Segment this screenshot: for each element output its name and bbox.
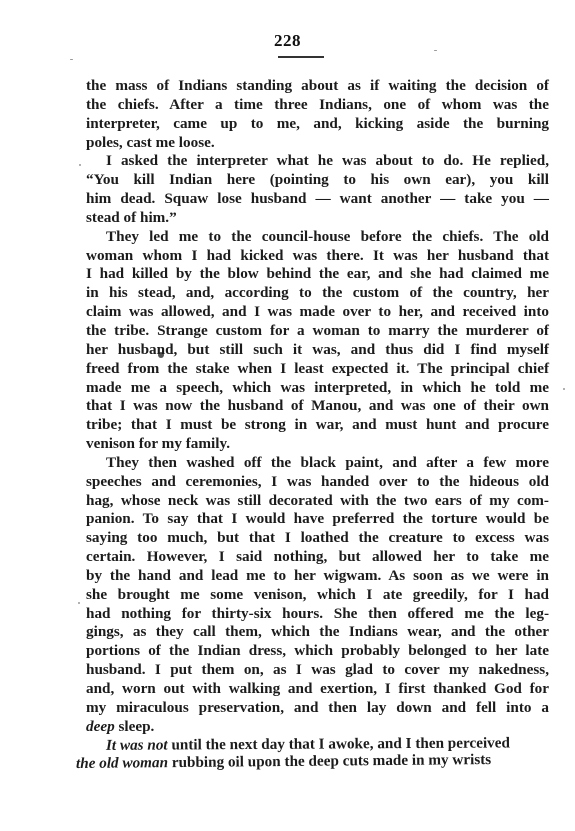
text-line: I asked the interpreter what he was abou…	[86, 152, 549, 171]
text-fragment: until the next day that I awoke, and I t…	[168, 734, 510, 753]
scan-speck	[70, 59, 73, 60]
text-line: saying too much, but that I loathed the …	[86, 529, 549, 548]
text-fragment: sleep.	[115, 718, 155, 735]
text-line: freed from the stake when I least expect…	[86, 360, 549, 379]
text-line: venison for my family.	[86, 435, 549, 454]
text-line: and, worn out with walking and exertion,…	[86, 680, 549, 699]
scan-speck	[434, 50, 437, 51]
scan-speck	[78, 602, 80, 604]
text-line: claim was allowed, and I was made over t…	[86, 303, 549, 322]
text-line: the tribe. Strange custom for a woman to…	[86, 322, 549, 341]
text-line: “You kill Indian here (pointing to his o…	[86, 171, 549, 190]
text-line: interpreter, came up to me, and, kicking…	[86, 115, 549, 134]
page-number: 228	[0, 31, 575, 51]
text-line: They led me to the council-house before …	[86, 228, 549, 247]
text-line: speeches and ceremonies, I was handed ov…	[86, 473, 549, 492]
paragraph: I asked the interpreter what he was abou…	[86, 152, 549, 227]
text-line: my miraculous preservation, and then lay…	[86, 699, 549, 718]
scan-speck	[563, 388, 565, 390]
text-line: portions of the Indian dress, which prob…	[86, 642, 549, 661]
scan-speck	[79, 164, 81, 166]
text-line: the mass of Indians standing about as if…	[86, 77, 549, 96]
paragraph: They led me to the council-house before …	[86, 228, 549, 454]
text-line: husband. I put them on, as I was glad to…	[86, 661, 549, 680]
text-line: him dead. Squaw lose husband — want anot…	[86, 190, 549, 209]
book-page: 228 the mass of Indians standing about a…	[0, 0, 575, 831]
text-line: They then washed off the black paint, an…	[86, 454, 549, 473]
italic-text: deep	[86, 718, 115, 735]
text-line: the old woman rubbing oil upon the deep …	[76, 751, 539, 774]
text-line: hag, whose neck was still decorated with…	[86, 492, 549, 511]
text-line: made me a speech, which was interpreted,…	[86, 379, 549, 398]
text-fragment: rubbing oil upon the deep cuts made in m…	[168, 751, 491, 771]
text-line: the chiefs. After a time three Indians, …	[86, 96, 549, 115]
text-line: tribe; that I must be strong in war, and…	[86, 416, 549, 435]
paragraph: It was not until the next day that I awo…	[86, 737, 549, 775]
text-line: stead of him.”	[86, 209, 549, 228]
italic-text: It was not	[106, 736, 168, 753]
text-line: by the hand and lead me to her wigwam. A…	[86, 567, 549, 586]
text-line: she brought me some venison, which I ate…	[86, 586, 549, 605]
body-text: the mass of Indians standing about as if…	[86, 77, 549, 774]
italic-text: the old woman	[76, 754, 168, 772]
text-line: had nothing for thirty-six hours. She th…	[86, 605, 549, 624]
text-line: gings, as they call them, which the Indi…	[86, 623, 549, 642]
text-line: poles, cast me loose.	[86, 134, 549, 153]
text-line: woman whom I had kicked was there. It wa…	[86, 247, 549, 266]
paragraph: the mass of Indians standing about as if…	[86, 77, 549, 152]
text-line: panion. To say that I would have preferr…	[86, 510, 549, 529]
text-line: her husband, but still such it was, and …	[86, 341, 549, 360]
page-number-rule	[278, 56, 324, 58]
text-line: that I was now the husband of Manou, and…	[86, 397, 549, 416]
text-line: in his stead, and, according to the cust…	[86, 284, 549, 303]
text-line: I had killed by the blow behind the ear,…	[86, 265, 549, 284]
paragraph: They then washed off the black paint, an…	[86, 454, 549, 737]
text-line: certain. However, I said nothing, but al…	[86, 548, 549, 567]
